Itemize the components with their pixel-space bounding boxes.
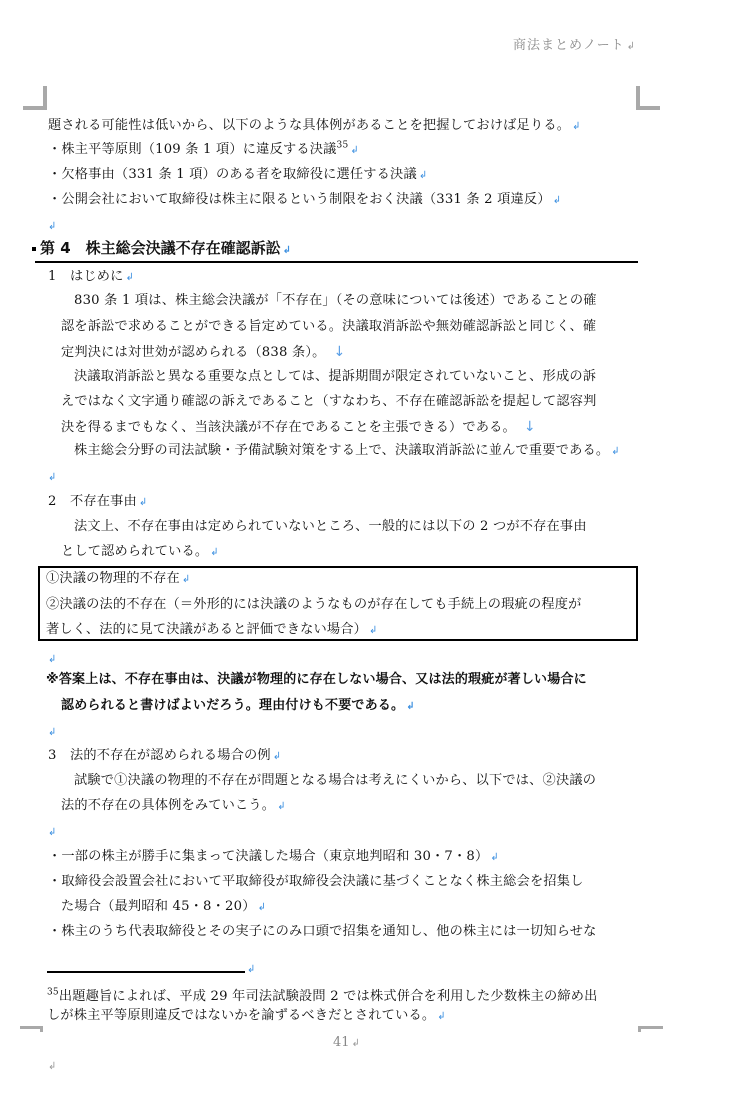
paragraph-mark: ↲ xyxy=(277,801,286,812)
list-item: ・欠格事由（331 条 1 項）のある者を取締役に選任する決議↲ xyxy=(48,166,427,185)
footnote-line: 35出題趣旨によれば、平成 29 年司法試験設問 2 では株式併合を利用した少数… xyxy=(47,988,598,1006)
body-line: 認を訴訟で求めることができる旨定めている。決議取消訴訟や無効確認訴訟と同じく、確 xyxy=(61,318,596,336)
empty-paragraph: ↲ xyxy=(46,823,57,842)
list-item: ・公開会社において取締役は株主に限るという制限をおく決議（331 条 2 項違反… xyxy=(48,191,561,210)
heading-underline xyxy=(35,261,638,263)
paragraph-mark: ↲ xyxy=(627,41,636,52)
list-item-continued: た場合（最判昭和 45・8・20）↲ xyxy=(61,898,266,917)
subsection-title: 1 はじめに↲ xyxy=(48,268,134,287)
section-heading: 第 4 株主総会決議不存在確認訴訟↲ xyxy=(32,238,291,261)
paragraph-mark: ↲ xyxy=(126,272,135,283)
paragraph-mark: ↲ xyxy=(419,170,428,181)
paragraph-mark: ↲ xyxy=(48,727,57,738)
list-item: ・取締役会設置会社において平取締役が取締役会決議に基づくことなく株主総会を招集し xyxy=(48,873,584,891)
paragraph-mark: ↲ xyxy=(182,574,191,585)
footnote-ref[interactable]: 35 xyxy=(337,141,349,151)
paragraph-mark: ↲ xyxy=(247,964,255,975)
body-line: 株主総会分野の司法試験・予備試験対策をする上で、決議取消訴訟に並んで重要である。… xyxy=(74,442,620,461)
running-header: 商法まとめノート↲ xyxy=(513,34,636,53)
paragraph-mark: ↲ xyxy=(48,472,57,483)
subsection-title: 2 不存在事由↲ xyxy=(48,493,148,512)
paragraph-mark: ↲ xyxy=(48,221,57,232)
subsection-title: 3 法的不存在が認められる場合の例↲ xyxy=(48,747,281,766)
body-line: 決議取消訴訟と異なる重要な点としては、提訴期間が限定されていないこと、形成の訴 xyxy=(74,368,596,386)
paragraph-mark: ↲ xyxy=(369,625,378,636)
header-title-text: 商法まとめノート xyxy=(513,38,625,53)
box-item: 著しく、法的に見て決議があると評価できない場合）↲ xyxy=(46,621,378,640)
body-line: 法的不存在の具体例をみていこう。↲ xyxy=(61,797,286,816)
body-line: 法文上、不存在事由は定められていないところ、一般的には以下の 2 つが不存在事由 xyxy=(74,518,587,536)
paragraph-mark: ↲ xyxy=(611,446,620,457)
empty-paragraph: ↲ xyxy=(46,1057,57,1076)
body-line: 試験で①決議の物理的不存在が問題となる場合は考えにくいから、以下では、②決議の xyxy=(74,772,596,790)
footnote-line: しが株主平等原則違反ではないかを論ずるべきだとされている。↲ xyxy=(47,1007,446,1026)
margin-corner-top-left xyxy=(23,86,47,110)
footnote-separator xyxy=(47,971,245,973)
body-line: 830 条 1 項は、株主総会決議が「不存在」（その意味については後述）であるこ… xyxy=(74,292,597,310)
box-item: ②決議の法的不存在（＝外形的には決議のようなものが存在しても手続上の瑕疵の程度が xyxy=(46,596,582,614)
empty-paragraph: ↲ xyxy=(46,723,57,742)
paragraph-mark: ↲ xyxy=(553,195,562,206)
body-line: 定判決には対世効が認められる（838 条）。↓ xyxy=(61,343,345,362)
line-break-mark: ↓ xyxy=(334,344,346,360)
empty-paragraph: ↲ xyxy=(46,217,57,236)
list-item: ・株主のうち代表取締役とその実子にのみ口頭で招集を通知し、他の株主には一切知らせ… xyxy=(48,923,597,941)
paragraph-mark: ↲ xyxy=(48,654,57,665)
margin-corner-top-right xyxy=(636,86,660,110)
paragraph-mark: ↲ xyxy=(139,497,148,508)
page-number: 41↲ xyxy=(333,1035,360,1050)
margin-corner-bottom-right xyxy=(638,1026,663,1032)
paragraph-mark: ↲ xyxy=(283,245,291,256)
paragraph-mark: ↲ xyxy=(490,852,499,863)
list-item: ・株主平等原則（109 条 1 項）に違反する決議35↲ xyxy=(48,141,359,160)
paragraph-mark: ↲ xyxy=(437,1011,446,1022)
body-line: 決を得るまでもなく、当該決議が不存在であることを主張できる）である。↓ xyxy=(61,418,536,437)
margin-corner-bottom-left xyxy=(20,1026,43,1032)
paragraph-mark: ↲ xyxy=(350,145,359,156)
paragraph-mark: ↲ xyxy=(273,751,282,762)
empty-paragraph: ↲ xyxy=(46,650,57,669)
paragraph-mark: ↲ xyxy=(210,547,219,558)
paragraph-mark: ↲ xyxy=(48,1061,57,1072)
paragraph-mark: ↲ xyxy=(406,701,415,712)
empty-paragraph: ↲ xyxy=(46,468,57,487)
list-item: ・一部の株主が勝手に集まって決議した場合（東京地判昭和 30・7・8）↲ xyxy=(48,848,499,867)
line-break-mark: ↓ xyxy=(524,419,536,435)
note-bold: ※答案上は、不存在事由は、決議が物理的に存在しない場合、又は法的瑕疵が著しい場合… xyxy=(46,671,587,689)
paragraph-mark: ↲ xyxy=(48,827,57,838)
body-line: えではなく文字通り確認の訴えであること（すなわち、不存在確認訴訟を提起して認容判 xyxy=(61,393,597,411)
paragraph-mark: ↲ xyxy=(258,902,267,913)
box-item: ①決議の物理的不存在↲ xyxy=(46,570,190,589)
heading-bullet-icon xyxy=(32,247,36,251)
note-bold: 認められると書けばよいだろう。理由付けも不要である。↲ xyxy=(61,697,415,716)
paragraph-mark: ↲ xyxy=(352,1038,360,1049)
body-line: 題される可能性は低いから、以下のような具体例があることを把握しておけば足りる。↲ xyxy=(48,117,581,136)
paragraph-mark: ↲ xyxy=(572,121,581,132)
body-line: として認められている。↲ xyxy=(61,543,219,562)
footnote-number: 35 xyxy=(47,988,59,998)
